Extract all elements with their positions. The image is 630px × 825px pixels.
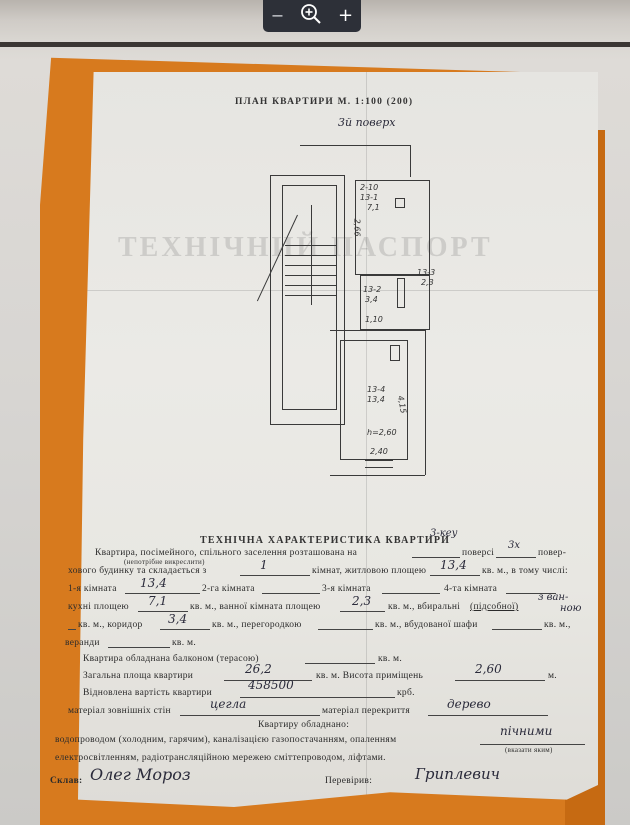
- room-width: 2,40: [370, 447, 388, 456]
- bath-area-value: 2,3: [352, 594, 371, 608]
- kitchen-dim: 2-10: [360, 183, 378, 192]
- height-value: 2,60: [475, 662, 502, 676]
- zoom-in-button[interactable]: +: [338, 7, 353, 25]
- ceiling-label: матеріал перекриття: [322, 706, 410, 716]
- zoom-out-button[interactable]: −: [271, 7, 284, 25]
- checked-by-signature: Гриплевич: [415, 765, 500, 783]
- bath-label: кв. м., ванної кімната площею: [190, 602, 321, 612]
- plan-title: ПЛАН КВАРТИРИ М. 1:100 (200): [235, 97, 413, 107]
- heating-note: (вказати яким): [505, 746, 553, 754]
- kitchen-side-dim: 2,66: [352, 219, 361, 237]
- utilities-text-2: електросвітленням, радіотрансляційною ме…: [55, 753, 386, 763]
- height-unit: м.: [548, 671, 557, 681]
- balcony-label: Квартира обладнана балконом (терасою): [83, 654, 259, 664]
- partition-label: кв. м., перегородкою: [212, 620, 302, 630]
- tech-title: ТЕХНІЧНА ХАРАКТЕРИСТИКА КВАРТИРИ: [200, 535, 450, 546]
- cost-unit: крб.: [397, 688, 415, 698]
- bath-red-code: 13-2: [363, 285, 381, 294]
- made-by-label: Склав:: [50, 776, 83, 786]
- rooms-count: 1: [260, 558, 268, 572]
- stove-heater-icon: [390, 345, 400, 361]
- toilet-label: кв. м., вбиральні: [388, 602, 460, 612]
- line1-handwritten: 3х: [508, 540, 520, 551]
- total-area-label: Загальна площа квартири: [83, 671, 193, 681]
- cost-value: 458500: [248, 678, 294, 692]
- room-height: h=2,60: [367, 428, 397, 437]
- veranda-unit: кв. м.: [172, 638, 196, 648]
- corridor-area: 3,4: [168, 612, 187, 626]
- bathtub-icon: [397, 278, 405, 308]
- room-area: 13,4: [367, 395, 385, 404]
- utilities-text: водопроводом (холодним, гарячим), каналі…: [55, 735, 396, 745]
- room1-area: 13,4: [140, 576, 167, 590]
- room3-label: 3-я кімната: [322, 584, 371, 594]
- corridor-label: кв. м., коридор: [78, 620, 143, 630]
- line1-floor: поверсі: [462, 548, 494, 558]
- magnifier-plus-icon[interactable]: [300, 3, 322, 29]
- line1-text: Квартира, посімейного, спільного заселен…: [95, 548, 357, 558]
- tech-title-handwritten: 3-кеу: [430, 528, 457, 539]
- walls-value: цегла: [210, 697, 246, 711]
- room-red-code: 13-4: [367, 385, 385, 394]
- line2-end: кв. м., в тому числі:: [482, 566, 568, 576]
- kitchen-area-value: 7,1: [148, 594, 167, 608]
- bath-side-area: 2,3: [421, 278, 434, 287]
- height-label: кв. м. Висота приміщень: [316, 671, 423, 681]
- zoom-toolbar: − +: [263, 0, 361, 32]
- living-area: 13,4: [440, 558, 467, 572]
- kitchen-label: кухні площею: [68, 602, 129, 612]
- bath-side-red-code: 13-3: [417, 268, 435, 277]
- floor-note: 3й поверх: [338, 116, 395, 129]
- heating-value: пічними: [500, 724, 552, 738]
- line2-living: кімнат, житловою площею: [312, 566, 426, 576]
- room4-label: 4-та кімната: [444, 584, 497, 594]
- toilet-note: (підсобної): [470, 602, 518, 612]
- note-cross-out: (непотрібне викреслити): [124, 558, 205, 566]
- checked-by-label: Перевірив:: [325, 776, 372, 786]
- total-area-value: 26,2: [245, 662, 272, 676]
- closet-label: кв. м., вбудованої шафи: [375, 620, 478, 630]
- bath-area: 3,4: [365, 295, 378, 304]
- toilet-handwritten-1: з ван-: [538, 592, 568, 603]
- closet-unit: кв. м.,: [544, 620, 571, 630]
- bath-dim: 1,10: [365, 315, 383, 324]
- equipped-heading: Квартиру обладнано:: [258, 720, 349, 730]
- kitchen-area: 7,1: [367, 203, 380, 212]
- room1-label: 1-я кімната: [68, 584, 117, 594]
- balcony-unit: кв. м.: [378, 654, 402, 664]
- stove-icon: [395, 198, 405, 208]
- cost-label: Відновлена вартість квартири: [83, 688, 212, 698]
- shelf-edge: [0, 42, 630, 47]
- floor-plan: 2-10 13-1 7,1 2,66 13-2 3,4 1,10 13-3 2,…: [255, 145, 465, 480]
- line2-text: хового будинку та складається з: [68, 566, 207, 576]
- walls-label: матеріал зовнішніх стін: [68, 706, 171, 716]
- toilet-handwritten-2: ною: [560, 603, 581, 614]
- stairwell: [282, 185, 337, 410]
- room2-label: 2-га кімната: [202, 584, 255, 594]
- made-by-signature: Олег Мороз: [90, 765, 191, 784]
- kitchen-red-code: 13-1: [360, 193, 378, 202]
- line1-end: повер-: [538, 548, 566, 558]
- veranda-label: веранди: [65, 638, 100, 648]
- ceiling-value: дерево: [447, 697, 491, 711]
